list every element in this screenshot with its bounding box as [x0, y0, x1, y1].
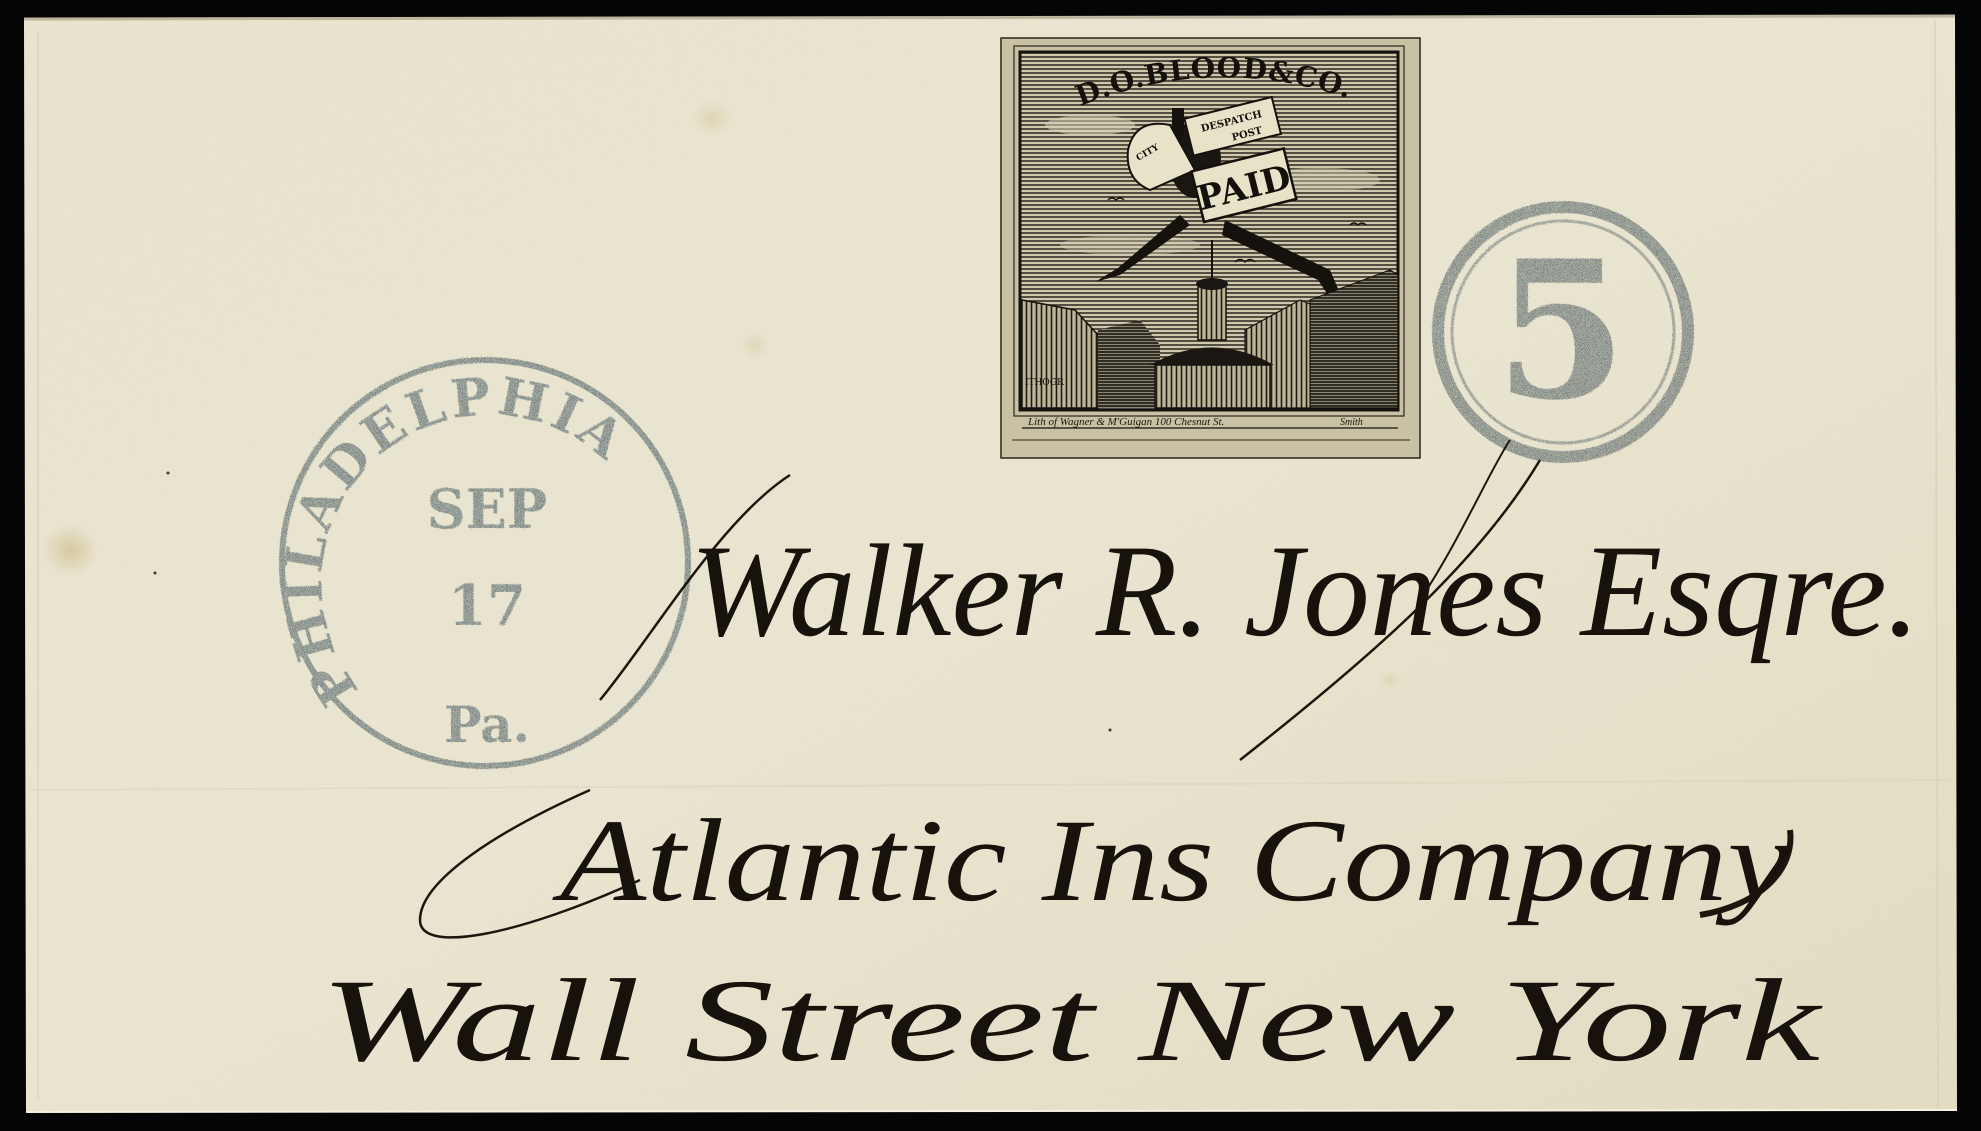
address-line-3: Wall Street New York — [320, 955, 1824, 1086]
stamp-signature-text: Smith — [1340, 417, 1363, 428]
address-line-2: Atlantic Ins Company — [552, 795, 1791, 926]
postmark-state: Pa. — [444, 695, 530, 754]
rate-value: 5 — [1495, 219, 1627, 442]
stamp-side-text: ITHOGR — [1025, 378, 1064, 388]
postmark-day: 17 — [448, 573, 526, 639]
postmark-month: SEP — [427, 477, 548, 541]
cover-scene: D.O.BLOOD&CO. DESPATCH POST CITY PAID — [0, 0, 1981, 1131]
stamp-imprint-text: Lith of Wagner & M'Guigan 100 Chesnut St… — [1027, 416, 1224, 428]
address-line-1: Walker R. Jones Esqre. — [690, 517, 1920, 664]
stamp: D.O.BLOOD&CO. DESPATCH POST CITY PAID — [1001, 38, 1420, 458]
